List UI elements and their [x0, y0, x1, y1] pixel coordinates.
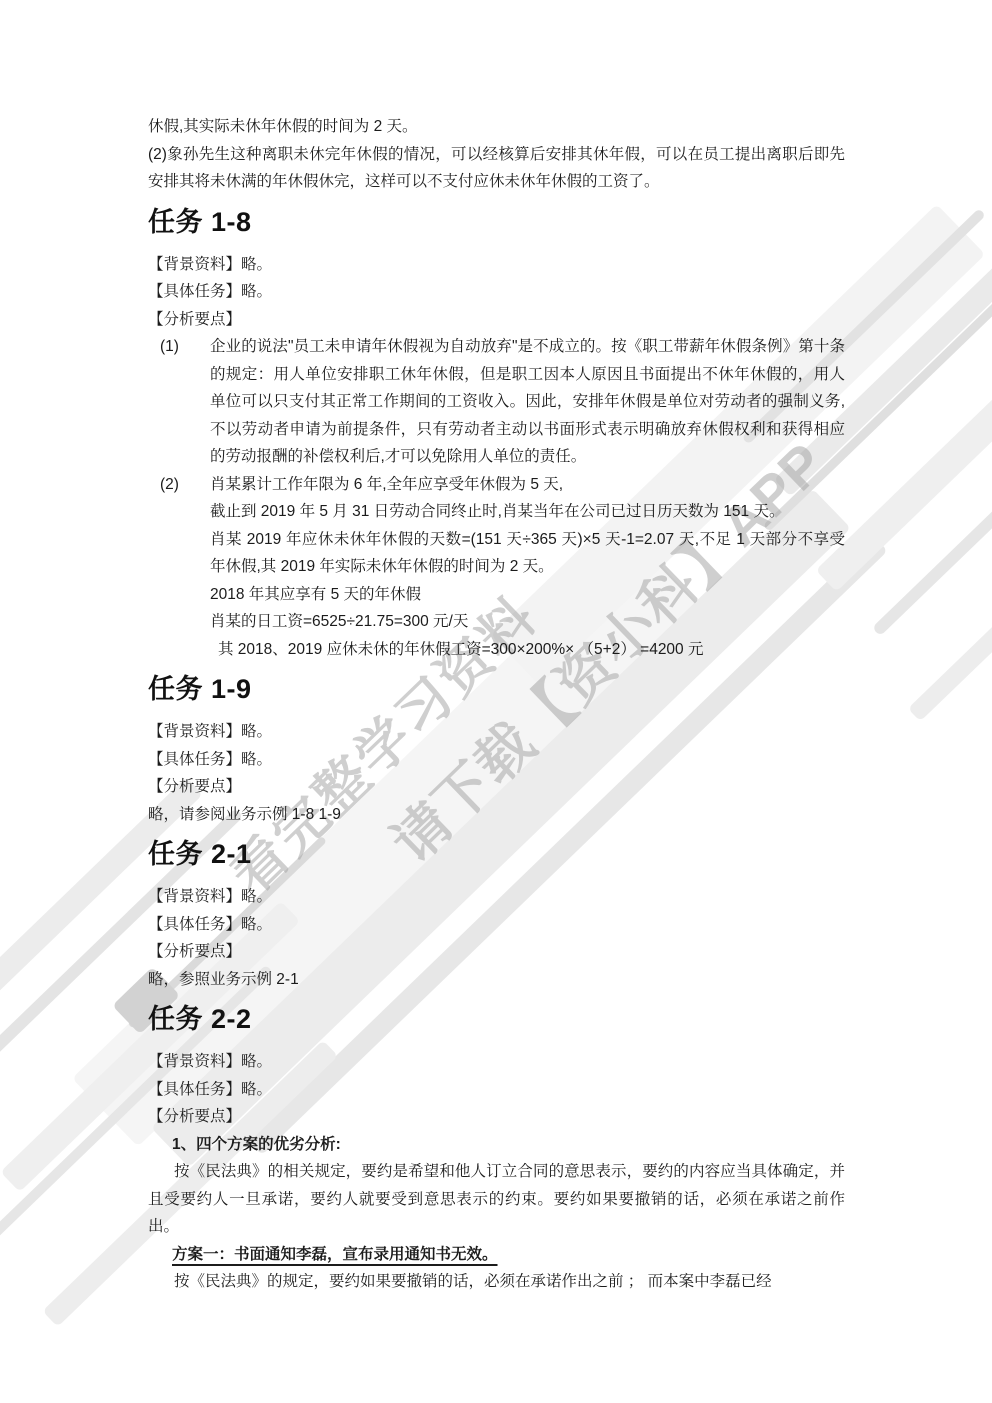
task-1-8-point-2: (2) 肖某累计工作年限为 6 年,全年应享受年休假为 5 天, 截止到 201… [148, 471, 845, 664]
task-1-9-specific-task-label: 【具体任务】略。 [148, 746, 845, 774]
document-content: 休假,其实际未休年休假的时间为 2 天。 (2)象孙先生这种离职未休完年休假的情… [0, 0, 992, 1296]
task-1-8-title: 任务 1-8 [148, 205, 845, 239]
plan-1-heading: 方案一：书面通知李磊，宣布录用通知书无效。 [148, 1241, 845, 1269]
task-1-8-background-label: 【背景资料】略。 [148, 251, 845, 279]
task-2-2-subheading: 1、四个方案的优劣分析: [148, 1131, 845, 1159]
task-2-2-paragraph-1: 按《民法典》的相关规定，要约是希望和他人订立合同的意思表示，要约的内容应当具体确… [148, 1158, 845, 1241]
task-1-8-point-1: (1) 企业的说法"员工未申请年休假视为自动放弃"是不成立的。按《职工带薪年休假… [148, 333, 845, 471]
task-2-1-note: 略，参照业务示例 2-1 [148, 966, 845, 994]
point-text: 企业的说法"员工未申请年休假视为自动放弃"是不成立的。按《职工带薪年休假条例》第… [210, 333, 845, 471]
task-2-2-background-label: 【背景资料】略。 [148, 1048, 845, 1076]
task-2-2-title: 任务 2-2 [148, 1002, 845, 1036]
task-2-1-specific-task-label: 【具体任务】略。 [148, 911, 845, 939]
task-2-2-specific-task-label: 【具体任务】略。 [148, 1076, 845, 1104]
calc-line: 肖某的日工资=6525÷21.75=300 元/天 [210, 608, 845, 636]
calc-line: 其 2018、2019 应休未休的年休假工资=300×200%× （5+2） =… [210, 636, 845, 664]
point-text: 肖某累计工作年限为 6 年,全年应享受年休假为 5 天, 截止到 2019 年 … [210, 471, 845, 664]
task-2-1-background-label: 【背景资料】略。 [148, 883, 845, 911]
task-1-9-background-label: 【背景资料】略。 [148, 718, 845, 746]
calc-line: 肖某累计工作年限为 6 年,全年应享受年休假为 5 天, [210, 471, 845, 499]
intro-paragraph: (2)象孙先生这种离职未休完年休假的情况，可以经核算后安排其休年假，可以在员工提… [148, 141, 845, 196]
point-marker: (1) [148, 333, 210, 471]
task-2-2-paragraph-2: 按《民法典》的规定，要约如果要撤销的话，必须在承诺作出之前 ； 而本案中李磊已经 [148, 1268, 845, 1296]
task-1-9-note: 略，请参阅业务示例 1-8 1-9 [148, 801, 845, 829]
calc-line: 肖某 2019 年应休未休年休假的天数=(151 天÷365 天)×5 天-1=… [210, 526, 845, 581]
task-1-8-analysis-points-label: 【分析要点】 [148, 306, 845, 334]
intro-continued-line: 休假,其实际未休年休假的时间为 2 天。 [148, 113, 845, 141]
calc-line: 2018 年其应享有 5 天的年休假 [210, 581, 845, 609]
point-marker: (2) [148, 471, 210, 664]
task-2-2-analysis-points-label: 【分析要点】 [148, 1103, 845, 1131]
calc-line: 截止到 2019 年 5 月 31 日劳动合同终止时,肖某当年在公司已过日历天数… [210, 498, 845, 526]
task-2-1-title: 任务 2-1 [148, 837, 845, 871]
task-1-8-specific-task-label: 【具体任务】略。 [148, 278, 845, 306]
task-1-9-title: 任务 1-9 [148, 672, 845, 706]
task-2-1-analysis-points-label: 【分析要点】 [148, 938, 845, 966]
task-1-9-analysis-points-label: 【分析要点】 [148, 773, 845, 801]
plan-1-heading-text: 方案一：书面通知李磊，宣布录用通知书无效。 [172, 1246, 498, 1263]
document-page: 看完整学习资料 请下载【资小科】APP 休假,其实际未休年休假的时间为 2 天。… [0, 0, 992, 1403]
